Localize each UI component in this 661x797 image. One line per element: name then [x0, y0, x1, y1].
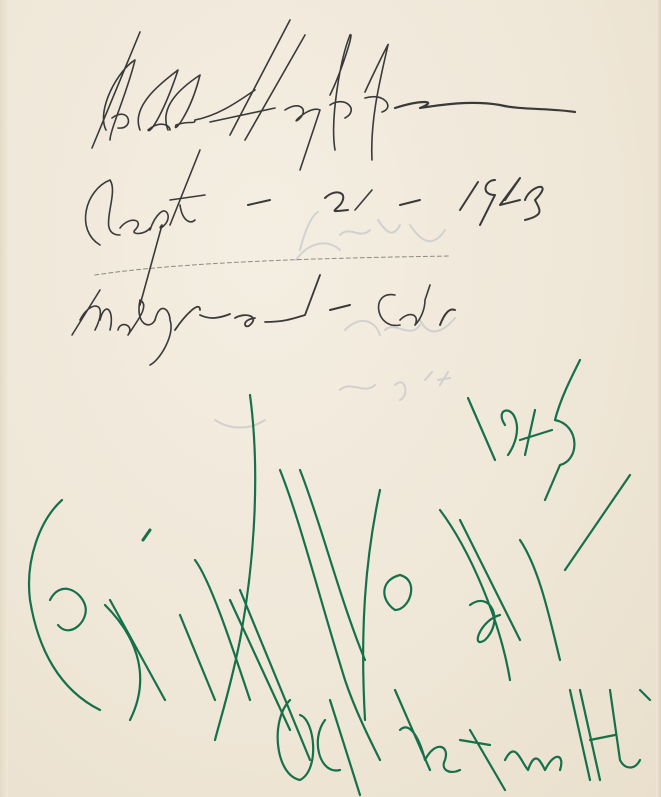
autograph-page: John Beal Hollywood Aug 8 '45 Hedda Hopp… [0, 0, 661, 797]
green-handwriting [0, 0, 661, 797]
